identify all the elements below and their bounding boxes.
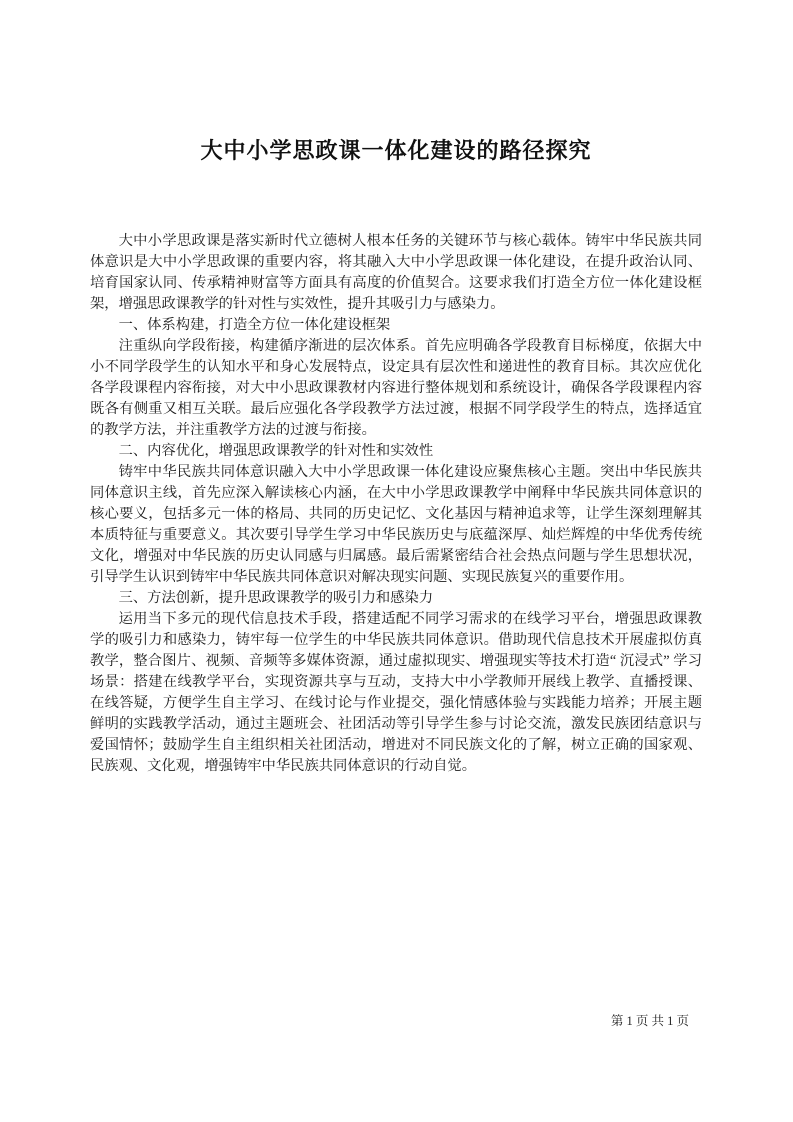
- document-content: 大中小学思政课一体化建设的路径探究 大中小学思政课是落实新时代立德树人根本任务的…: [90, 0, 702, 777]
- document-page: 大中小学思政课一体化建设的路径探究 大中小学思政课是落实新时代立德树人根本任务的…: [0, 0, 793, 1122]
- intro-paragraph: 大中小学思政课是落实新时代立德树人根本任务的关键环节与核心载体。铸牢中华民族共同…: [90, 231, 702, 315]
- section-3-heading: 三、方法创新，提升思政课教学的吸引力和感染力: [90, 588, 702, 609]
- section-2-heading: 二、内容优化，增强思政课教学的针对性和实效性: [90, 441, 702, 462]
- document-title: 大中小学思政课一体化建设的路径探究: [90, 136, 702, 166]
- section-2-body: 铸牢中华民族共同体意识融入大中小学思政课一体化建设应聚焦核心主题。突出中华民族共…: [90, 462, 702, 588]
- section-1-heading: 一、体系构建，打造全方位一体化建设框架: [90, 315, 702, 336]
- section-3-body: 运用当下多元的现代信息技术手段，搭建适配不同学习需求的在线学习平台，增强思政课教…: [90, 609, 702, 777]
- page-number-footer: 第 1 页 共 1 页: [611, 1012, 689, 1030]
- section-1-body: 注重纵向学段衔接，构建循序渐进的层次体系。首先应明确各学段教育目标梯度，依据大中…: [90, 336, 702, 441]
